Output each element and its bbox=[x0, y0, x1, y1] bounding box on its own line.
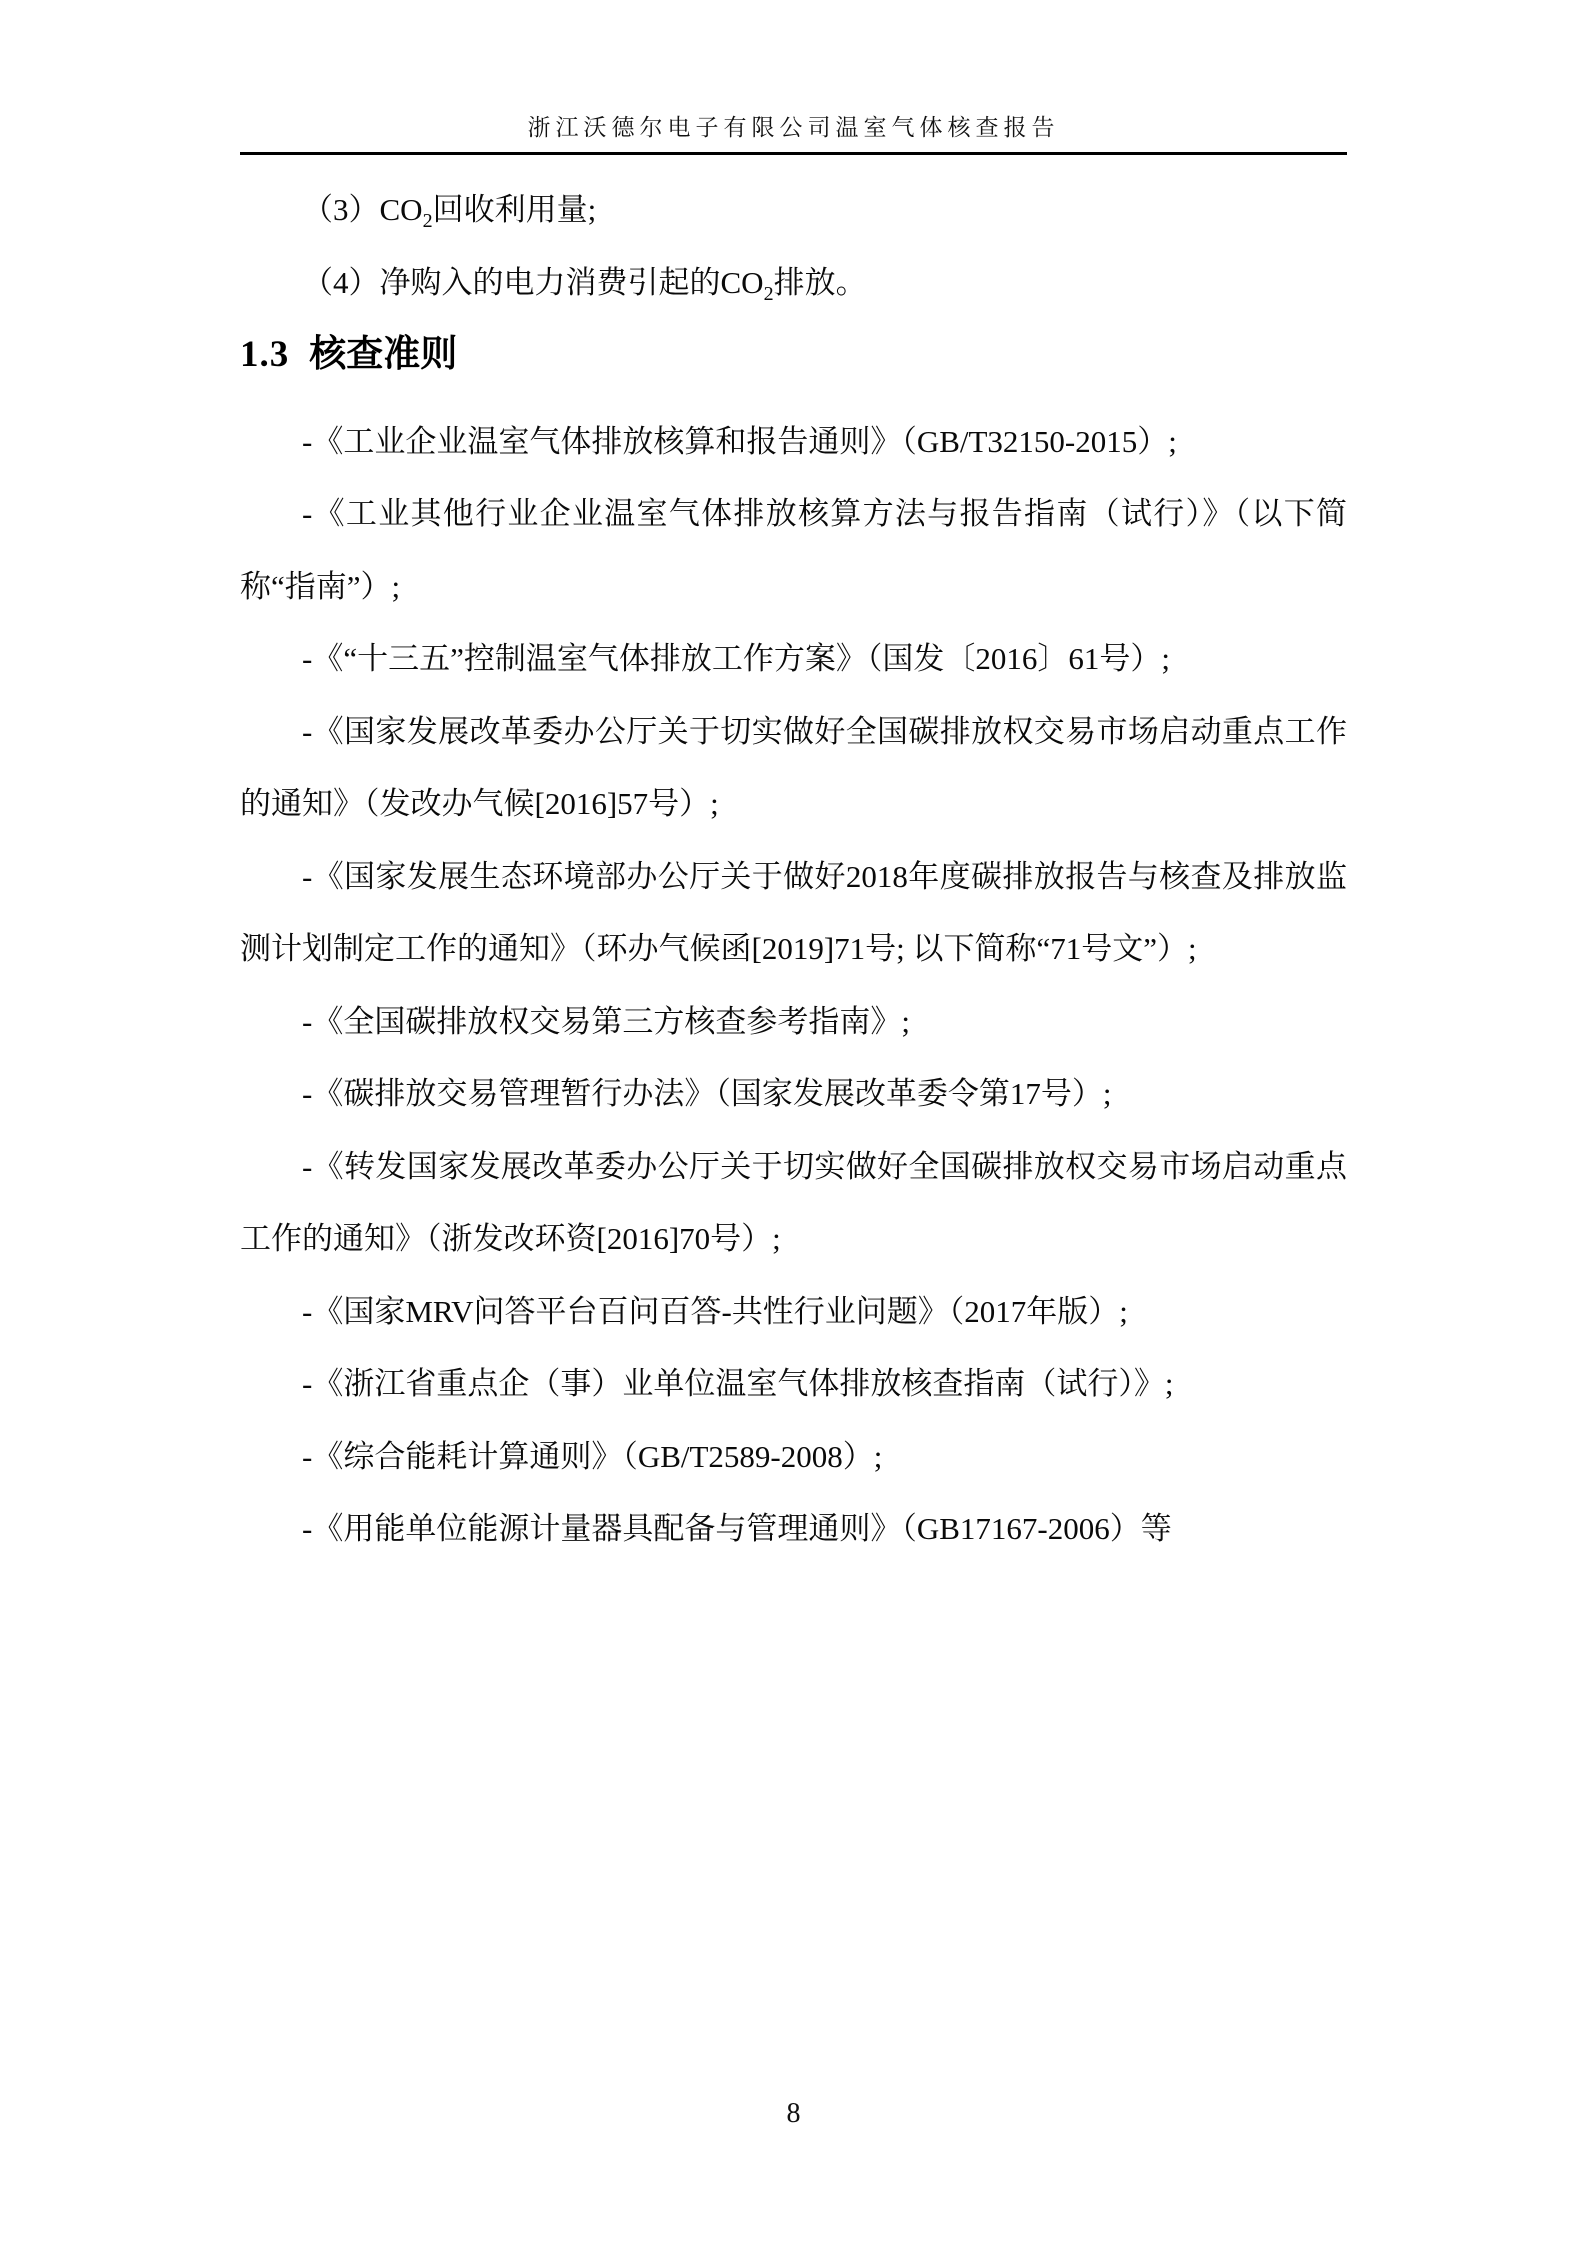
reference-item: -《碳排放交易管理暂行办法》（国家发展改革委令第17号）; bbox=[240, 1058, 1347, 1131]
reference-item: -《浙江省重点企（事）业单位温室气体排放核查指南（试行）》; bbox=[240, 1348, 1347, 1421]
page-content: （3）CO2回收利用量;（4）净购入的电力消费引起的CO2排放。 1.3核查准则… bbox=[240, 174, 1347, 1566]
intro-paragraphs: （3）CO2回收利用量;（4）净购入的电力消费引起的CO2排放。 bbox=[240, 174, 1347, 319]
header-rule bbox=[240, 152, 1347, 155]
text-run: 回收利用量; bbox=[433, 192, 597, 227]
body-paragraph: （4）净购入的电力消费引起的CO2排放。 bbox=[240, 247, 1347, 320]
document-page: 浙江沃德尔电子有限公司温室气体核查报告 （3）CO2回收利用量;（4）净购入的电… bbox=[0, 0, 1587, 2245]
reference-item: -《国家MRV问答平台百问百答-共性行业问题》（2017年版）; bbox=[240, 1276, 1347, 1349]
text-run: （3）CO bbox=[302, 192, 423, 227]
reference-item: -《国家发展生态环境部办公厅关于做好2018年度碳排放报告与核查及排放监测计划制… bbox=[240, 841, 1347, 986]
reference-item: -《全国碳排放权交易第三方核查参考指南》; bbox=[240, 986, 1347, 1059]
body-paragraph: （3）CO2回收利用量; bbox=[240, 174, 1347, 247]
text-run: 排放。 bbox=[774, 265, 867, 300]
text-run: （4）净购入的电力消费引起的CO bbox=[302, 265, 764, 300]
subscript-text: 2 bbox=[764, 283, 774, 305]
reference-list: -《工业企业温室气体排放核算和报告通则》（GB/T32150-2015）;-《工… bbox=[240, 406, 1347, 1566]
section-number: 1.3 bbox=[240, 319, 289, 392]
reference-item: -《工业其他行业企业温室气体排放核算方法与报告指南（试行）》（以下简称“指南”）… bbox=[240, 478, 1347, 623]
reference-item: -《用能单位能源计量器具配备与管理通则》（GB17167-2006）等 bbox=[240, 1493, 1347, 1566]
reference-item: -《“十三五”控制温室气体排放工作方案》（国发〔2016〕61号）; bbox=[240, 623, 1347, 696]
subscript-text: 2 bbox=[423, 210, 433, 232]
section-heading: 1.3核查准则 bbox=[240, 319, 1347, 392]
section-title: 核查准则 bbox=[309, 334, 457, 375]
reference-item: -《转发国家发展改革委办公厅关于切实做好全国碳排放权交易市场启动重点工作的通知》… bbox=[240, 1131, 1347, 1276]
running-header: 浙江沃德尔电子有限公司温室气体核查报告 bbox=[0, 112, 1587, 144]
reference-item: -《国家发展改革委办公厅关于切实做好全国碳排放权交易市场启动重点工作的通知》（发… bbox=[240, 696, 1347, 841]
page-number: 8 bbox=[0, 2096, 1587, 2132]
reference-item: -《综合能耗计算通则》（GB/T2589-2008）; bbox=[240, 1421, 1347, 1494]
reference-item: -《工业企业温室气体排放核算和报告通则》（GB/T32150-2015）; bbox=[240, 406, 1347, 479]
